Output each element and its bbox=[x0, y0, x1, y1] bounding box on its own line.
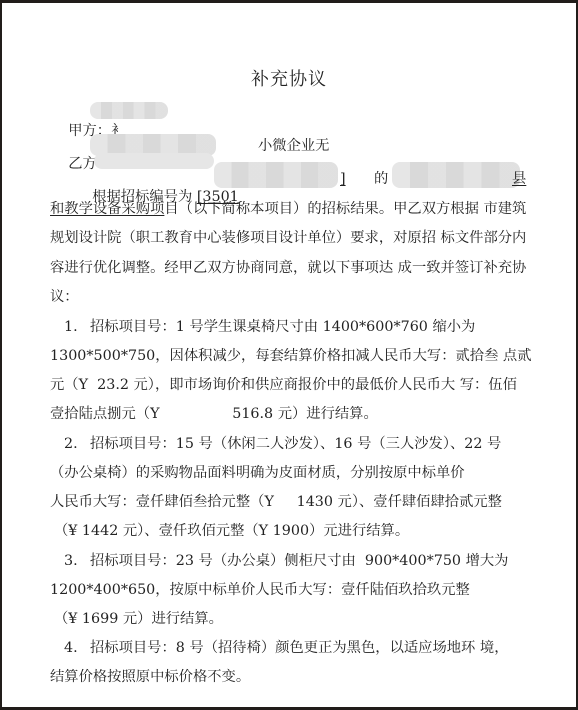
redacted-party-b-name-shadow bbox=[94, 153, 214, 169]
item-1-line-1: 招标项目号：1 号学生课桌椅尺寸由 1400*600*760 缩小为 bbox=[90, 318, 475, 336]
item-4-number: 4. bbox=[64, 639, 78, 657]
item-3-line-3: （¥ 1699 元）进行结算。 bbox=[54, 610, 223, 628]
item-1-line-4: 壹拾陆点捌元（Y 516.8 元）进行结算。 bbox=[50, 405, 378, 423]
item-4-line-2: 结算价格按照原中标价格不变。 bbox=[50, 668, 250, 686]
item-3-line-1: 招标项目号：23 号（办公桌）侧柜尺寸由 900*400*750 增大为 bbox=[90, 552, 508, 570]
intro-mid: 的 bbox=[374, 170, 388, 188]
redacted-party-a-name bbox=[90, 102, 168, 119]
intro-line-2-rest: 目（以下简称本项目）的招标结果。甲乙双方根据 市建筑 bbox=[164, 201, 526, 217]
item-2-line-2: （办公桌椅）的采购物品面料明确为皮面材质，分别按原中标单价 bbox=[50, 464, 465, 482]
intro-tail: 县 bbox=[512, 170, 526, 188]
item-4-line-1: 招标项目号：8 号（招待椅）颜色更正为黑色，以适应场地环 境， bbox=[90, 639, 509, 657]
party-b-suffix: 小微企业无 bbox=[258, 137, 329, 155]
item-2-line-3: 人民币大写：壹仟肆佰叁拾元整（Y 1430 元）、壹仟肆佰肆拾贰元整 bbox=[50, 493, 502, 511]
item-2-line-1: 招标项目号：15 号（休闲二人沙发）、16 号（三人沙发）、22 号 bbox=[90, 435, 501, 453]
item-3-line-2: 1200*400*650，按原中标单价人民币大写：壹仟陆佰玖拾玖元整 bbox=[50, 581, 470, 599]
item-3-number: 3. bbox=[64, 552, 78, 570]
item-1-line-3: 元（Y 23.2 元），即市场询价和供应商报价中的最低价人民币大 写：伍佰 bbox=[50, 376, 517, 394]
document-page: 补充协议 甲方：衤 乙方： 小微企业无 根据招标编号为 [3501 ] 的 县 … bbox=[2, 3, 576, 707]
item-2-number: 2. bbox=[64, 435, 78, 453]
project-name-underlined: 和教学设备采购项 bbox=[50, 201, 164, 217]
item-2-line-4: （¥ 1442 元）、壹仟玖佰元整（Y 1900）元进行结算。 bbox=[54, 522, 409, 540]
redacted-project-name bbox=[392, 162, 520, 188]
bid-number-end: ] bbox=[340, 170, 346, 188]
item-1-number: 1. bbox=[64, 318, 78, 336]
intro-line-2: 和教学设备采购项目（以下简称本项目）的招标结果。甲乙双方根据 市建筑 bbox=[50, 200, 526, 218]
intro-line-5: 议： bbox=[50, 288, 79, 306]
document-title: 补充协议 bbox=[2, 65, 576, 91]
intro-line-3: 规划设计院（职工教育中心装修项目设计单位）要求，对原招 标文件部分内 bbox=[50, 229, 526, 247]
item-1-line-2: 1300*500*750，因体积减少，每套结算价格扣减人民币大写：贰拾叁 点贰 bbox=[50, 347, 532, 365]
intro-line-4: 容进行优化调整。经甲乙双方协商同意，就以下事项达 成一致并签订补充协 bbox=[50, 259, 526, 277]
redacted-bid-number bbox=[214, 162, 338, 188]
